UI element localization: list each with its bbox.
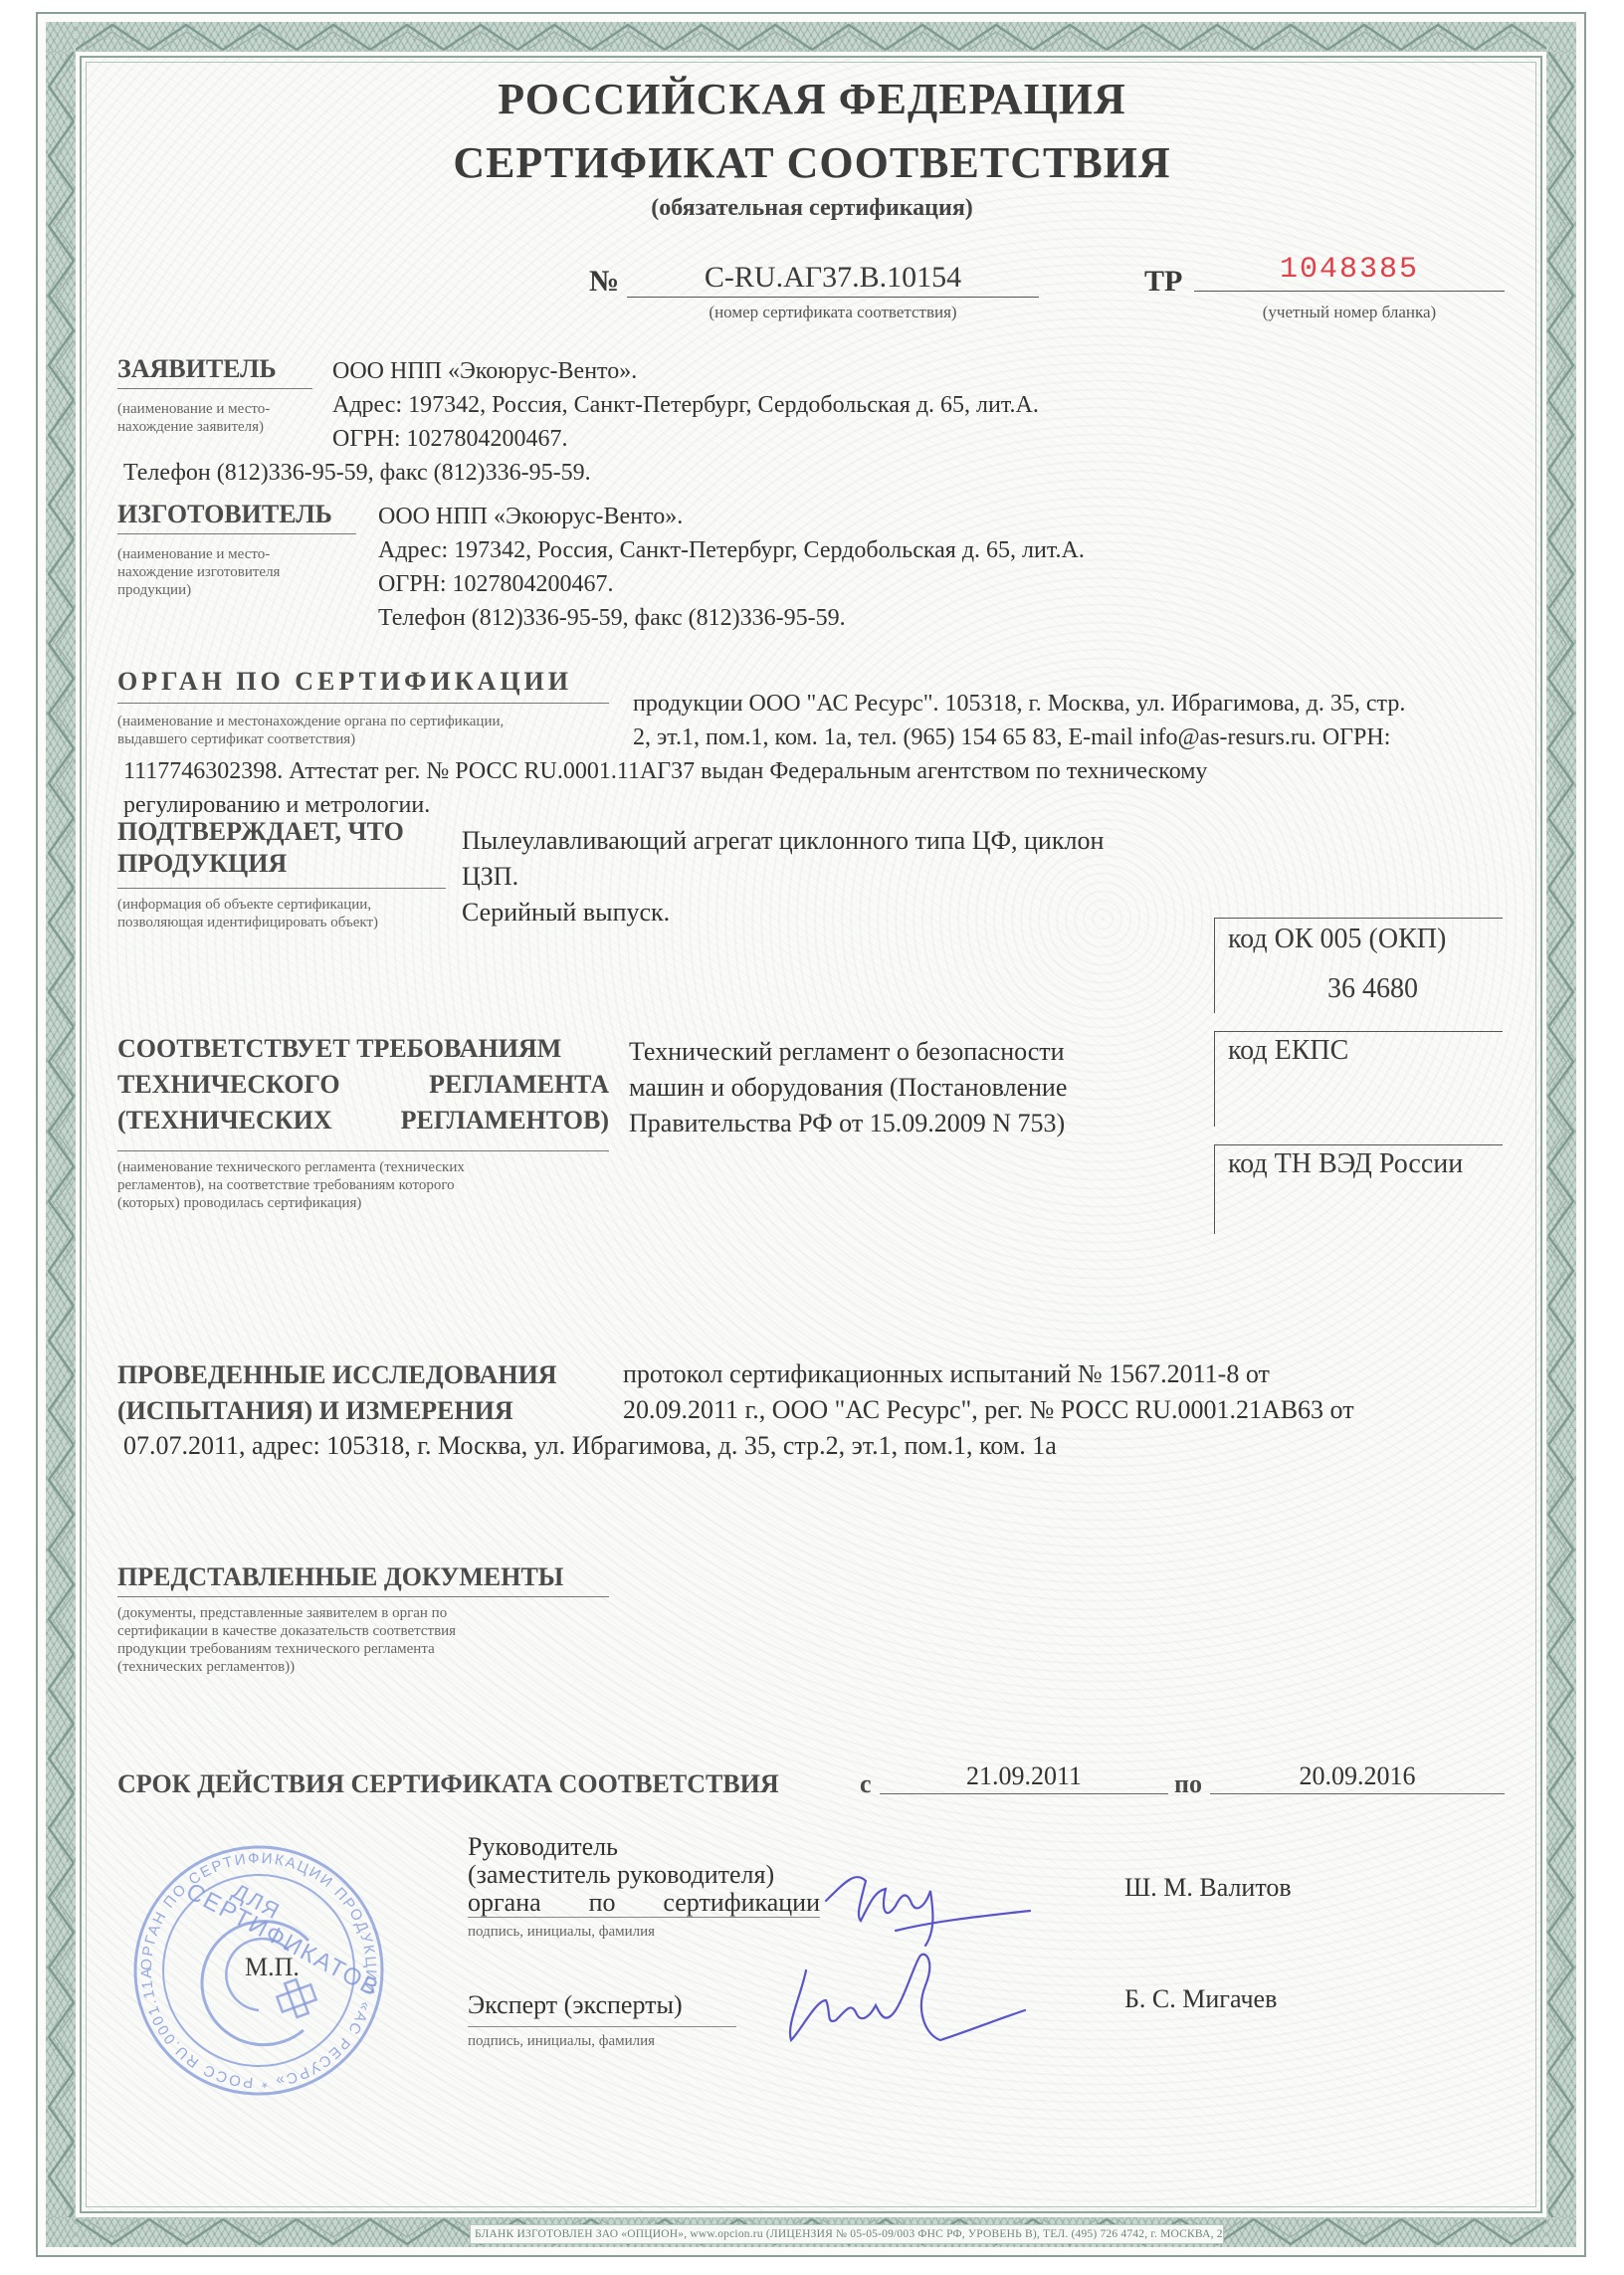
document-subtitle: (обязательная сертификация) <box>0 195 1624 222</box>
country-title: РОССИЙСКАЯ ФЕДЕРАЦИЯ <box>0 74 1624 124</box>
head-signature-line <box>468 1917 820 1918</box>
applicant-rule <box>117 388 312 389</box>
product-title: ПОДТВЕРЖДАЕТ, ЧТО ПРОДУКЦИЯ <box>117 816 404 880</box>
certificate-number: С-RU.АГ37.В.10154 <box>627 261 1039 298</box>
product-caption: (информация об объекте сертификации, поз… <box>117 896 456 931</box>
manufacturer-rule <box>117 533 356 534</box>
caption-line: (информация об объекте сертификации, <box>117 896 456 914</box>
caption-line: сертификации в качестве доказательств со… <box>117 1622 565 1640</box>
title-line: ПОДТВЕРЖДАЕТ, ЧТО <box>117 816 404 848</box>
validity-from-label: с <box>860 1769 872 1799</box>
certification-body-rule <box>117 703 609 704</box>
certification-body-line-1: продукции ООО "АС Ресурс". 105318, г. Мо… <box>633 687 1405 721</box>
tnved-code-label: код ТН ВЭД России <box>1228 1148 1463 1180</box>
caption-line: позволяющая идентифицировать объект) <box>117 914 456 931</box>
expert-signature-line <box>468 2026 736 2027</box>
validity-from-date: 21.09.2011 <box>880 1759 1168 1794</box>
validity-label: СРОК ДЕЙСТВИЯ СЕРТИФИКАТА СООТВЕТСТВИЯ <box>117 1769 779 1799</box>
expert-signature-caption: подпись, инициалы, фамилия <box>468 2032 655 2050</box>
blank-number-caption: (учетный номер бланка) <box>1194 303 1505 322</box>
validity-to-date: 20.09.2016 <box>1210 1759 1505 1794</box>
caption-line: (наименование и местонахождение органа п… <box>117 713 615 730</box>
caption-line: нахождение изготовителя <box>117 563 346 581</box>
certification-body-line-3: 1117746302398. Аттестат рег. № РОСС RU.0… <box>123 754 1207 788</box>
title-line: ТЕХНИЧЕСКОГО РЕГЛАМЕНТА <box>117 1067 609 1103</box>
applicant-address: Адрес: 197342, Россия, Санкт-Петербург, … <box>332 388 1039 422</box>
tests-line-1: протокол сертификационных испытаний № 15… <box>623 1357 1270 1391</box>
product-line-1: Пылеулавливающий агрегат циклонного типа… <box>462 824 1104 858</box>
number-sign: № <box>589 265 619 299</box>
certification-body-title: ОРГАН ПО СЕРТИФИКАЦИИ <box>117 667 572 697</box>
title-line: Руководитель <box>468 1833 820 1861</box>
manufacturer-ogrn: ОГРН: 1027804200467. <box>378 567 614 601</box>
caption-line: (технических регламентов)) <box>117 1658 565 1676</box>
manufacturer-title: ИЗГОТОВИТЕЛЬ <box>117 500 332 529</box>
documents-title: ПРЕДСТАВЛЕННЫЕ ДОКУМЕНТЫ <box>117 1562 563 1592</box>
regulation-title: СООТВЕТСТВУЕТ ТРЕБОВАНИЯМ ТЕХНИЧЕСКОГО Р… <box>117 1031 615 1138</box>
title-line: (заместитель руководителя) <box>468 1861 820 1889</box>
caption-line: (наименование и место- <box>117 400 326 418</box>
applicant-caption: (наименование и место- нахождение заявит… <box>117 400 326 436</box>
caption-line: регламентов), на соответствие требования… <box>117 1176 595 1194</box>
tr-label: ТР <box>1144 265 1182 299</box>
caption-line: (наименование технического регламента (т… <box>117 1158 595 1176</box>
title-line: (ИСПЫТАНИЯ) И ИЗМЕРЕНИЯ <box>117 1393 557 1429</box>
caption-line: нахождение заявителя) <box>117 418 326 436</box>
blank-number: 1048385 <box>1194 253 1505 292</box>
documents-caption: (документы, представленные заявителем в … <box>117 1604 565 1676</box>
regulation-line-3: Правительства РФ от 15.09.2009 N 753) <box>629 1107 1065 1140</box>
certificate-number-caption: (номер сертификата соответствия) <box>627 303 1039 322</box>
head-signatory-title: Руководитель (заместитель руководителя) … <box>468 1833 820 1917</box>
product-line-3: Серийный выпуск. <box>462 896 670 930</box>
product-line-2: ЦЗП. <box>462 860 518 894</box>
regulation-line-1: Технический регламент о безопасности <box>629 1035 1065 1069</box>
caption-line: (документы, представленные заявителем в … <box>117 1604 565 1622</box>
caption-line: выдавшего сертификат соответствия) <box>117 730 615 748</box>
manufacturer-address: Адрес: 197342, Россия, Санкт-Петербург, … <box>378 533 1085 567</box>
expert-name: Б. С. Мигачев <box>1124 1982 1277 2016</box>
caption-line: продукции) <box>117 581 346 599</box>
applicant-ogrn: ОГРН: 1027804200467. <box>332 422 568 456</box>
manufacturer-phone: Телефон (812)336-95-59, факс (812)336-95… <box>378 601 846 635</box>
title-line: СООТВЕТСТВУЕТ ТРЕБОВАНИЯМ <box>117 1031 615 1067</box>
title-line: ПРОВЕДЕННЫЕ ИССЛЕДОВАНИЯ <box>117 1357 557 1393</box>
certification-body-caption: (наименование и местонахождение органа п… <box>117 713 615 748</box>
head-signatory-name: Ш. М. Валитов <box>1124 1871 1292 1905</box>
manufacturer-caption: (наименование и место- нахождение изгото… <box>117 545 346 599</box>
caption-line: (которых) проводилась сертификация) <box>117 1194 595 1212</box>
title-line: (ТЕХНИЧЕСКИХ РЕГЛАМЕНТОВ) <box>117 1103 609 1138</box>
applicant-phone: Телефон (812)336-95-59, факс (812)336-95… <box>123 456 591 490</box>
document-title: СЕРТИФИКАТ СООТВЕТСТВИЯ <box>0 137 1624 188</box>
caption-line: продукции требованиям технического регла… <box>117 1640 565 1658</box>
ekps-code-label: код ЕКПС <box>1228 1035 1348 1067</box>
applicant-name: ООО НПП «Экоюрус-Венто». <box>332 354 637 388</box>
seal-place-label: М.П. <box>245 1953 300 1982</box>
okp-code-value: 36 4680 <box>1327 973 1418 1005</box>
expert-title: Эксперт (эксперты) <box>468 1988 683 2022</box>
caption-line: (наименование и место- <box>117 545 346 563</box>
blank-printer-info: БЛАНК ИЗГОТОВЛЕН ЗАО «ОПЦИОН», www.opcio… <box>470 2224 1224 2244</box>
regulation-caption: (наименование технического регламента (т… <box>117 1158 595 1212</box>
head-signature-caption: подпись, инициалы, фамилия <box>468 1923 655 1941</box>
applicant-title: ЗАЯВИТЕЛЬ <box>117 354 277 384</box>
title-line: органа по сертификации <box>468 1889 820 1917</box>
manufacturer-name: ООО НПП «Экоюрус-Венто». <box>378 500 683 533</box>
tests-title: ПРОВЕДЕННЫЕ ИССЛЕДОВАНИЯ (ИСПЫТАНИЯ) И И… <box>117 1357 557 1429</box>
validity-to-label: по <box>1174 1769 1202 1799</box>
title-line: ПРОДУКЦИЯ <box>117 848 404 880</box>
product-rule <box>117 888 446 889</box>
regulation-line-2: машин и оборудования (Постановление <box>629 1071 1067 1105</box>
documents-rule <box>117 1596 609 1597</box>
tests-line-2: 20.09.2011 г., ООО "АС Ресурс", рег. № Р… <box>623 1393 1354 1427</box>
regulation-rule <box>117 1150 609 1151</box>
okp-code-label: код ОК 005 (ОКП) <box>1228 924 1446 955</box>
tests-line-3: 07.07.2011, адрес: 105318, г. Москва, ул… <box>123 1429 1057 1463</box>
certification-body-line-2: 2, эт.1, пом.1, ком. 1а, тел. (965) 154 … <box>633 721 1390 754</box>
